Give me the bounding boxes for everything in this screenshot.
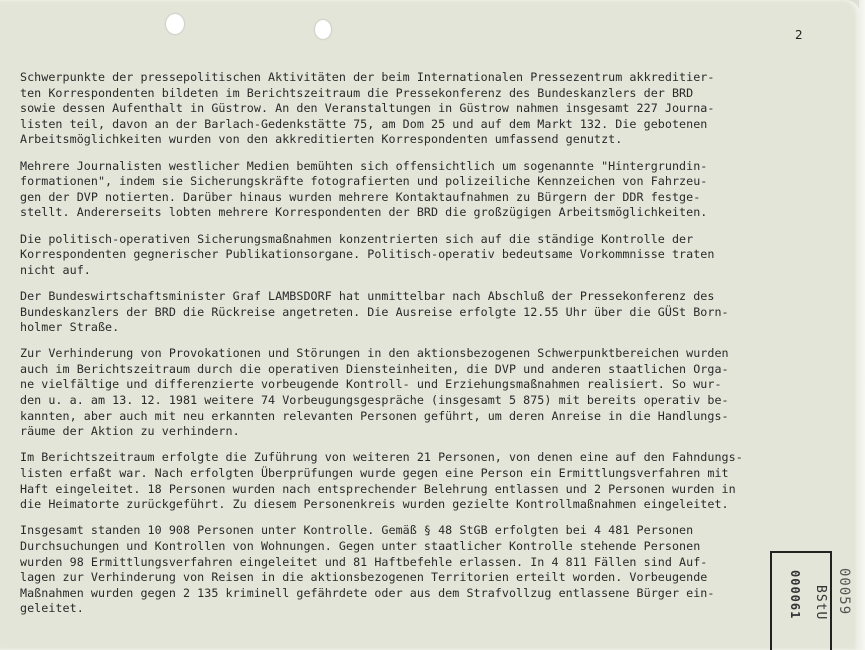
paragraph-control-statistics: Insgesamt standen 10 908 Personen unter … — [20, 523, 830, 617]
paragraph-press-activities: Schwerpunkte der pressepolitischen Aktiv… — [20, 70, 830, 148]
paragraph-western-journalists: Mehrere Journalisten westlicher Medien b… — [20, 159, 830, 221]
paragraph-preventive-measures: Zur Verhinderung von Provokationen und S… — [20, 346, 830, 440]
archive-agency: BStU — [813, 585, 828, 620]
document-body: Schwerpunkte der pressepolitischen Aktiv… — [20, 70, 830, 628]
page-reference: 00059 — [836, 568, 852, 615]
punch-hole — [315, 20, 331, 39]
archive-id: 000061 — [788, 570, 802, 619]
paragraph-detentions: Im Berichtszeitraum erfolgte die Zuführu… — [20, 450, 830, 512]
paragraph-security-measures: Die politisch-operativen Sicherungsmaßna… — [20, 232, 830, 279]
page-number: 2 — [795, 28, 803, 42]
paragraph-lambsdorf-departure: Der Bundeswirtschaftsminister Graf LAMBS… — [20, 289, 830, 336]
paper-edge — [859, 0, 865, 650]
punch-hole — [166, 14, 184, 34]
